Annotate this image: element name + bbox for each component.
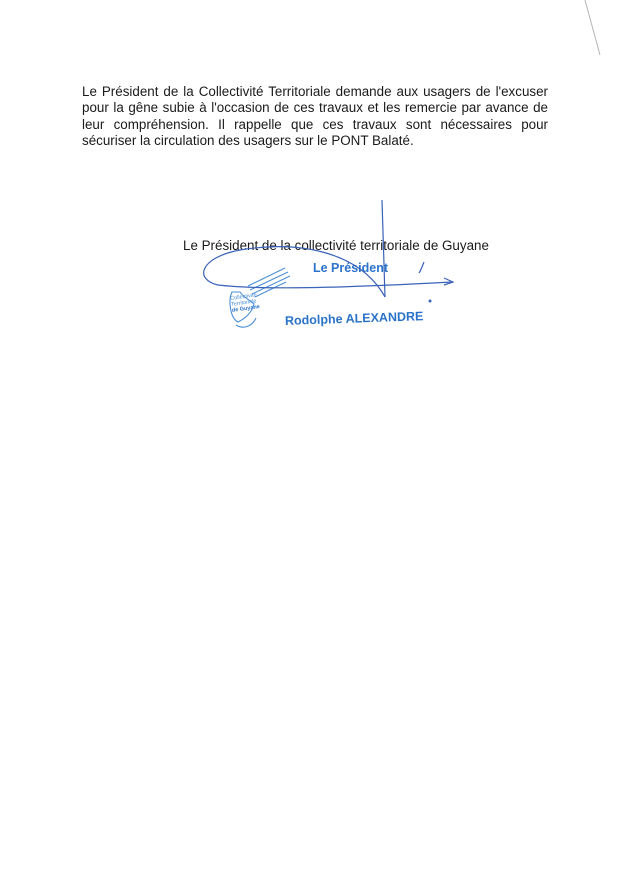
signatory-title: Le Président de la collectivité territor… <box>183 238 489 253</box>
body-paragraph: Le Président de la Collectivité Territor… <box>82 84 548 149</box>
stamp-role: Le Président <box>313 261 388 275</box>
stamp-logo-text: Collectivité Territoriale de Guyane <box>230 292 260 314</box>
document-page: Le Président de la Collectivité Territor… <box>0 0 630 890</box>
stamp-name: Rodolphe ALEXANDRE <box>285 309 424 328</box>
